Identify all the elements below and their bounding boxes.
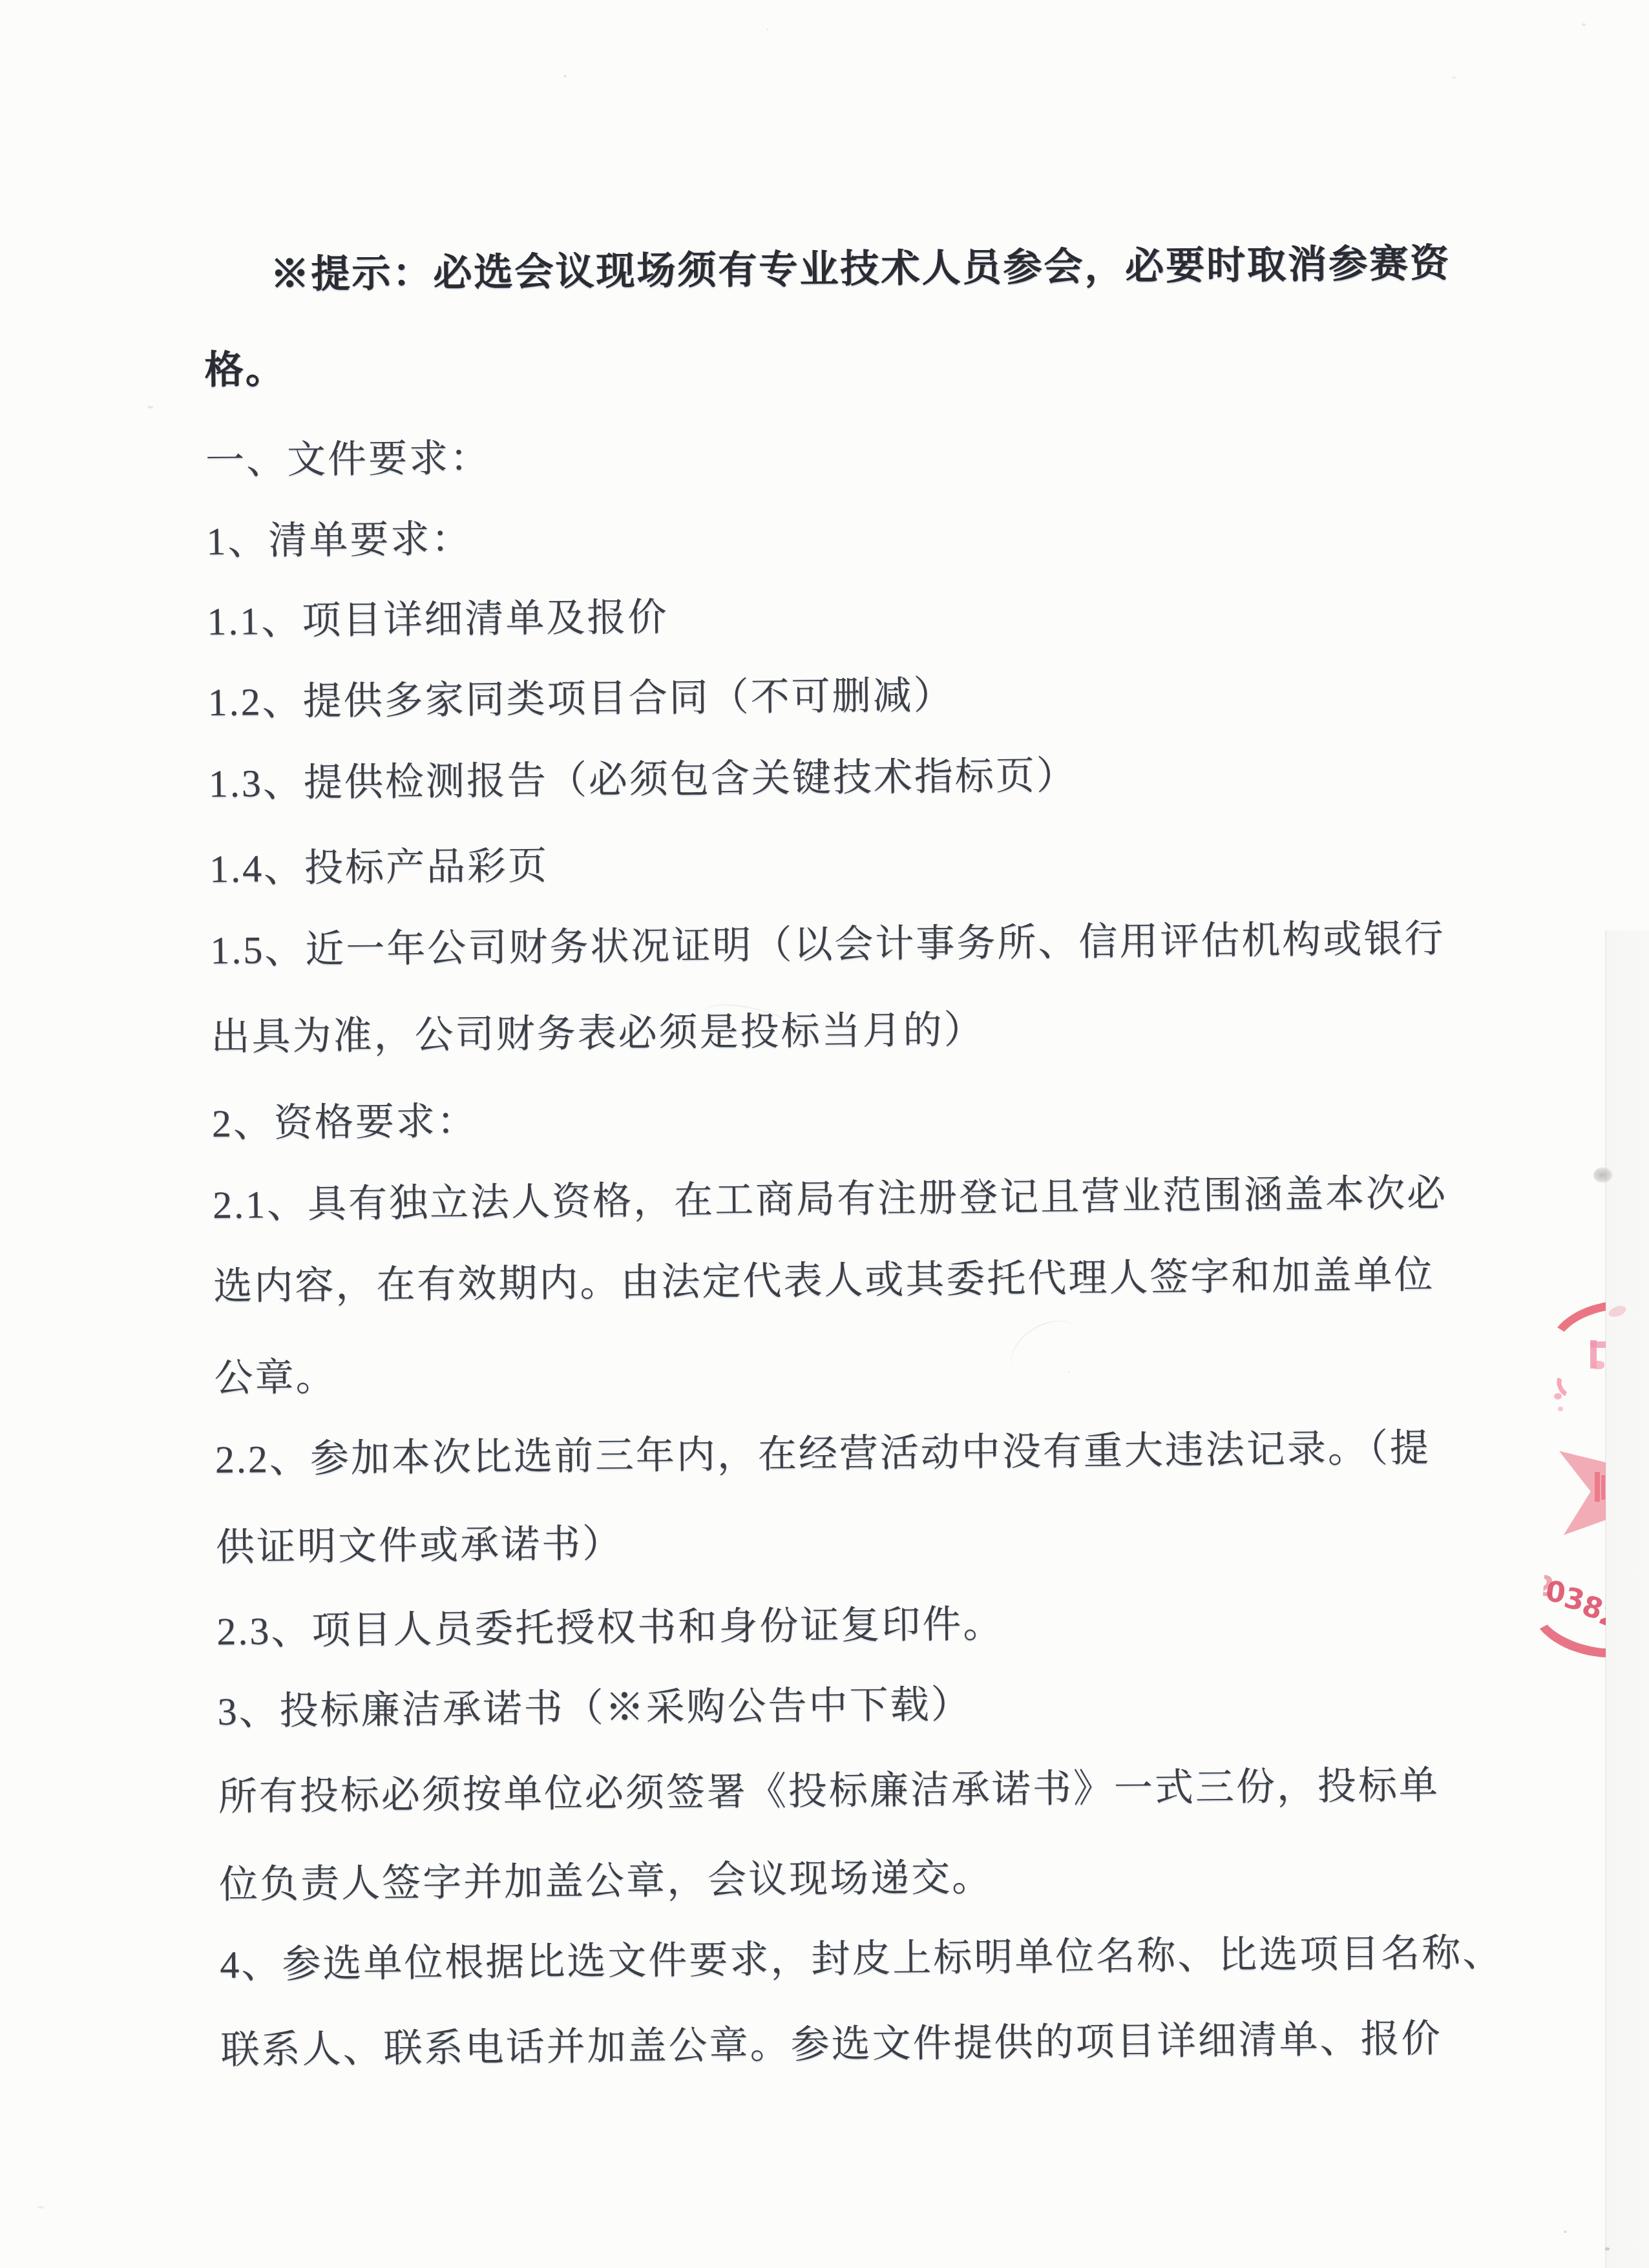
- stamp-character-fragment: [1595, 1472, 1600, 1502]
- document-text-line: 公章。: [214, 1356, 337, 1400]
- scan-speck: [1605, 2247, 1610, 2251]
- document-text-line: 1.5、近一年公司财务状况证明（以会计事务所、信用评估机构或银行: [210, 918, 1445, 972]
- document-heading-line: 格。: [204, 348, 286, 392]
- document-text-line: 1.4、投标产品彩页: [209, 845, 549, 890]
- scan-speck: [1453, 76, 1456, 79]
- document-text-line: 3、投标廉洁承诺书（※采购公告中下载）: [217, 1683, 972, 1733]
- staple-hole-mark: [1593, 1167, 1613, 1183]
- document-text-line: 所有投标必须按单位必须签署《投标廉洁承诺书》一式三份，投标单: [218, 1764, 1440, 1818]
- stamp-character-fragment: [1590, 1341, 1606, 1348]
- stamp-ink-dot: [1554, 1393, 1562, 1400]
- document-text-line: 1、清单要求：: [206, 518, 472, 563]
- document-text-line: 出具为准，公司财务表必须是投标当月的）: [211, 1009, 985, 1058]
- scan-speck: [563, 75, 567, 78]
- scan-speck: [766, 28, 768, 30]
- document-text-line: 一、文件要求：: [205, 437, 491, 482]
- document-text-line: 2.2、参加本次比选前三年内，在经营活动中没有重大违法记录。（提: [215, 1427, 1431, 1481]
- scan-speck: [37, 2206, 44, 2209]
- scan-speck: [1582, 23, 1586, 26]
- scan-speck: [1564, 2231, 1567, 2233]
- scanned-document-page: ※提示：必选会议现场须有专业技术人员参会，必要时取消参赛资 格。 一、文件要求：…: [0, 0, 1649, 2268]
- scan-speck: [1067, 1371, 1070, 1373]
- document-text-line: 2.3、项目人员委托授权书和身份证复印件。: [216, 1602, 1004, 1653]
- document-text-line: 联系人、联系电话并加盖公章。参选文件提供的项目详细清单、报价: [220, 2017, 1442, 2072]
- page-edge-shadow: [1605, 930, 1649, 2268]
- stamp-character-fragment: [1592, 1361, 1604, 1369]
- stamp-ink-dot: [1558, 1407, 1563, 1411]
- stamp-character-fragment: [1601, 1475, 1605, 1500]
- document-heading-line: ※提示：必选会议现场须有专业技术人员参会，必要时取消参赛资: [270, 242, 1451, 297]
- document-text-line: 位负责人签字并加盖公章，会议现场递交。: [219, 1856, 993, 1906]
- document-text-line: 选内容，在有效期内。由法定代表人或其委托代理人签字和加盖单位: [213, 1254, 1435, 1308]
- red-stamp: 2 0 3 8 2: [1473, 1228, 1606, 1657]
- scan-speck: [949, 766, 951, 768]
- document-text-line: 1.1、项目详细清单及报价: [207, 596, 669, 643]
- scan-speck: [706, 1613, 708, 1615]
- document-text-line: 1.3、提供检测报告（必须包含关键技术指标页）: [208, 754, 1077, 805]
- scan-speck: [147, 406, 153, 408]
- document-text-line: 2、资格要求：: [212, 1100, 478, 1145]
- document-text-line: 4、参选单位根据比选文件要求，封皮上标明单位名称、比选项目名称、: [220, 1931, 1504, 1986]
- document-text-line: 1.2、提供多家同类项目合同（不可删减）: [207, 674, 954, 724]
- document-text-line: 供证明文件或承诺书）: [216, 1522, 624, 1569]
- document-text-line: 2.1、具有独立法人资格，在工商局有注册登记且营业范围涵盖本次必: [213, 1172, 1448, 1226]
- document-text-block: ※提示：必选会议现场须有专业技术人员参会，必要时取消参赛资 格。 一、文件要求：…: [0, 0, 1649, 2268]
- stamp-ring-arc-top: [1541, 1290, 1606, 1387]
